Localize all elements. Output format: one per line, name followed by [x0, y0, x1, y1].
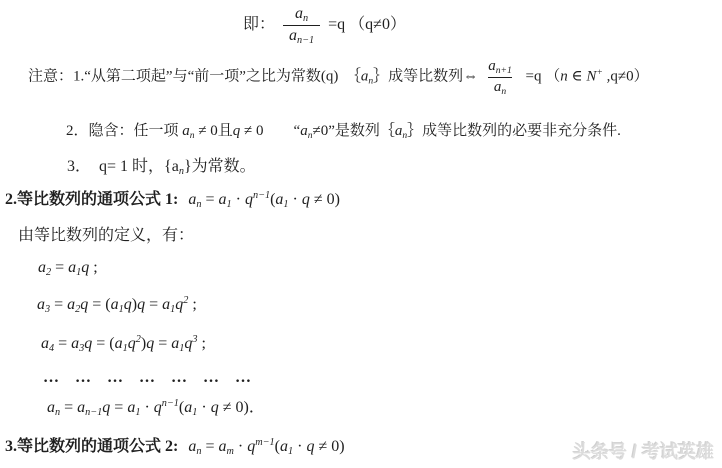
- derivation-step-an: an = an−1q = a1 · qn−1(a1 · q ≠ 0)．: [47, 398, 265, 418]
- fraction: anan−1: [283, 5, 320, 46]
- formula-ratio-definition: 即： anan−1 =q （q≠0）: [243, 5, 406, 46]
- note-item-1: 注意：1.“从第二项起”与“前一项”之比为常数(q) ｛an｝成等比数列⇔an+…: [28, 58, 649, 97]
- derivation-intro-text: 由等比数列的定义，有：: [18, 226, 194, 246]
- general-term-formula-2: an = am · qm−1(a1 · q ≠ 0): [188, 438, 344, 455]
- derivation-ellipsis: … … … … … … …: [43, 368, 257, 388]
- section-general-term-formula-2: 3.等比数列的通项公式 2:an = am · qm−1(a1 · q ≠ 0): [5, 437, 345, 457]
- derivation-step-a2: a2 = a1q ;: [38, 258, 98, 278]
- derivation-step-a4: a4 = a3q = (a1q2)q = a1q3 ;: [41, 334, 206, 354]
- derivation-step-a3: a3 = a2q = (a1q)q = a1q2 ;: [37, 295, 197, 315]
- section-heading-formula-1: 2.等比数列的通项公式 1:: [5, 191, 178, 208]
- fraction: an+1an: [482, 58, 518, 97]
- toutiao-watermark: 头条号 / 考试英雄: [573, 438, 714, 464]
- note-item-2: 2．隐含：任一项 an ≠ 0且q ≠ 0 “an≠0”是数列｛an｝成等比数列…: [66, 122, 621, 141]
- note-item-3: 3． q= 1 时，{an}为常数。: [67, 157, 256, 177]
- section-general-term-formula-1: 2.等比数列的通项公式 1:an = a1 · qn−1(a1 · q ≠ 0): [5, 190, 340, 210]
- section-heading-formula-2: 3.等比数列的通项公式 2:: [5, 438, 178, 455]
- general-term-formula-1: an = a1 · qn−1(a1 · q ≠ 0): [188, 191, 340, 208]
